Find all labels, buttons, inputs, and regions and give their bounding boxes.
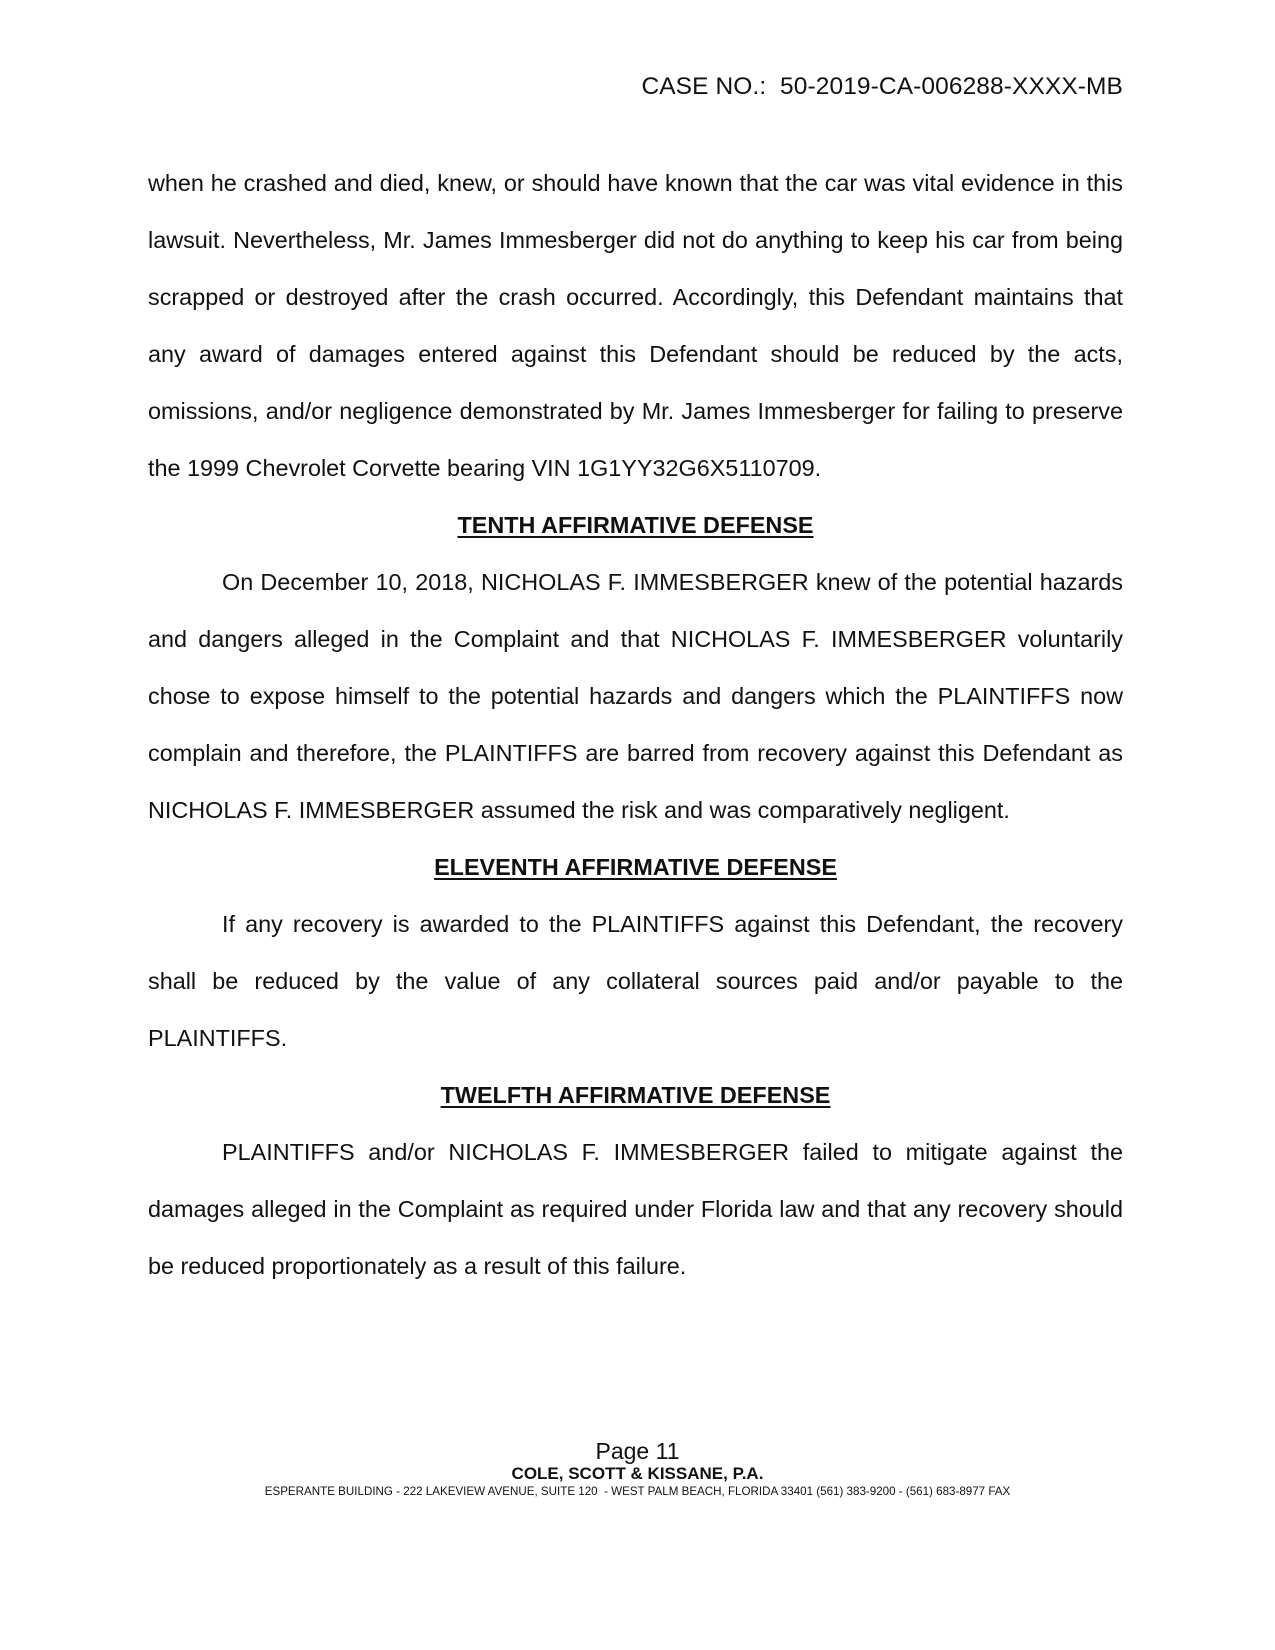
continuation-paragraph: when he crashed and died, knew, or shoul… xyxy=(148,155,1123,497)
page-number: Page 11 xyxy=(0,1438,1275,1464)
page-footer: Page 11 COLE, SCOTT & KISSANE, P.A. ESPE… xyxy=(0,1438,1275,1499)
tenth-defense-paragraph: On December 10, 2018, NICHOLAS F. IMMESB… xyxy=(148,554,1123,839)
firm-name: COLE, SCOTT & KISSANE, P.A. xyxy=(0,1464,1275,1484)
twelfth-defense-paragraph: PLAINTIFFS and/or NICHOLAS F. IMMESBERGE… xyxy=(148,1124,1123,1295)
firm-address: ESPERANTE BUILDING - 222 LAKEVIEW AVENUE… xyxy=(0,1484,1275,1499)
document-body: when he crashed and died, knew, or shoul… xyxy=(148,155,1123,1295)
document-page: CASE NO.: 50-2019-CA-006288-XXXX-MB when… xyxy=(0,0,1275,1650)
eleventh-defense-heading: ELEVENTH AFFIRMATIVE DEFENSE xyxy=(148,839,1123,896)
case-number-header: CASE NO.: 50-2019-CA-006288-XXXX-MB xyxy=(641,72,1123,102)
twelfth-defense-heading: TWELFTH AFFIRMATIVE DEFENSE xyxy=(148,1067,1123,1124)
tenth-defense-heading: TENTH AFFIRMATIVE DEFENSE xyxy=(148,497,1123,554)
eleventh-defense-paragraph: If any recovery is awarded to the PLAINT… xyxy=(148,896,1123,1067)
